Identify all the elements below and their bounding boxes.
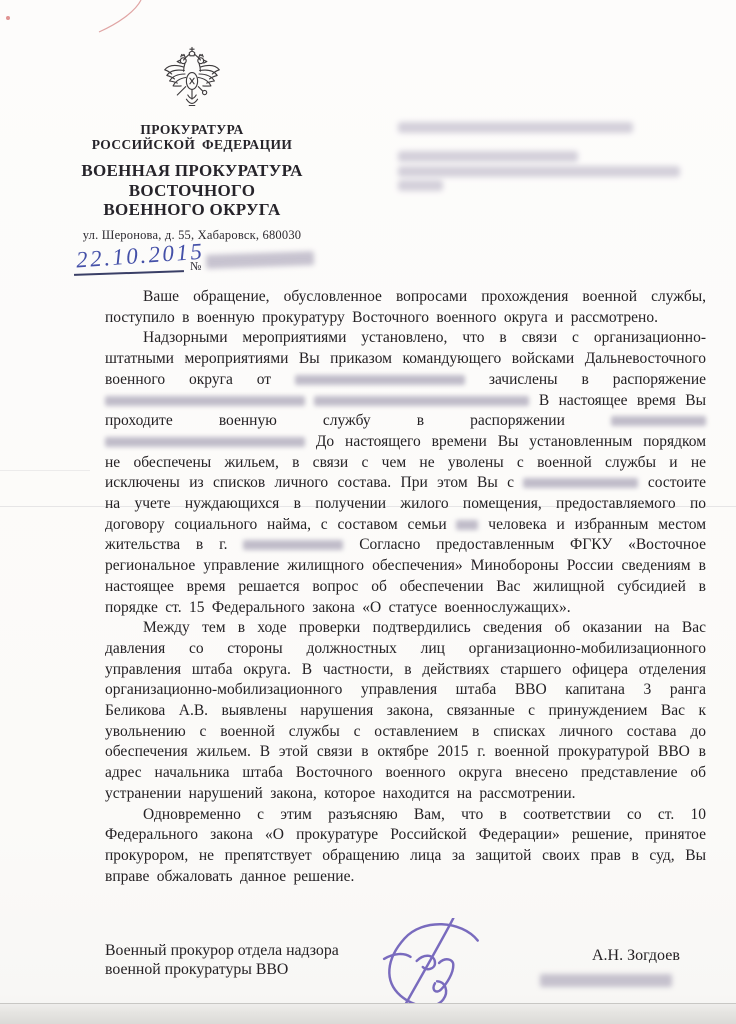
office-name: ВОЕННАЯ ПРОКУРАТУРА ВОСТОЧНОГО ВОЕННОГО … [42, 161, 342, 220]
office-name-line3: ВОЕННОГО ОКРУГА [42, 200, 342, 220]
recipient-block [398, 122, 688, 191]
letterhead: ПРОКУРАТУРА РОССИЙСКОЙ ФЕДЕРАЦИИ ВОЕННАЯ… [42, 46, 342, 243]
recipient-redacted-line [398, 151, 578, 162]
recipient-redacted-line [398, 166, 680, 177]
office-name-line2: ВОСТОЧНОГО [42, 181, 342, 201]
number-sign: № [190, 259, 201, 274]
closing-position-line2: военной прокуратуры ВВО [105, 960, 339, 979]
redacted-text [243, 540, 343, 550]
redacted-text [523, 478, 638, 488]
org-name-line1: ПРОКУРАТУРА [42, 122, 342, 137]
redacted-text [314, 396, 529, 406]
redacted-text [295, 375, 465, 385]
body-paragraph: Надзорными мероприятиями установлено, чт… [105, 328, 706, 618]
handwritten-date: 22.10.2015 [75, 239, 205, 274]
scan-bottom-edge [0, 1003, 736, 1024]
recipient-redacted-line [398, 180, 443, 191]
red-ink-dot [6, 16, 10, 20]
scanned-letter-page: ПРОКУРАТУРА РОССИЙСКОЙ ФЕДЕРАЦИИ ВОЕННАЯ… [0, 0, 736, 1024]
redacted-text [105, 437, 305, 447]
reference-number-redacted [206, 251, 314, 269]
handwritten-signature-icon [380, 918, 492, 1012]
signatory-name: А.Н. Зогдоев [592, 947, 680, 965]
body-paragraph: Одновременно с этим разъясняю Вам, что в… [105, 805, 706, 888]
body-paragraph: Между тем в ходе проверки подтвердились … [105, 618, 706, 804]
recipient-redacted-line [398, 122, 633, 133]
redacted-text [105, 396, 305, 406]
office-name-line1: ВОЕННАЯ ПРОКУРАТУРА [42, 161, 342, 181]
redacted-text [611, 416, 706, 426]
closing-position-line1: Военный прокурор отдела надзора [105, 941, 339, 960]
redacted-text [456, 520, 478, 530]
body-paragraph: Ваше обращение, обусловленное вопросами … [105, 287, 706, 328]
faint-red-pen-mark [95, 0, 155, 36]
phone-redacted [540, 974, 672, 987]
reference-line: 22.10.2015 № [74, 243, 474, 283]
paper-crease-line [0, 470, 90, 471]
org-name-line2: РОССИЙСКОЙ ФЕДЕРАЦИИ [42, 137, 342, 152]
letter-body: Ваше обращение, обусловленное вопросами … [105, 287, 706, 887]
closing-position: Военный прокурор отдела надзора военной … [105, 941, 339, 979]
coat-of-arms-icon [157, 46, 227, 116]
